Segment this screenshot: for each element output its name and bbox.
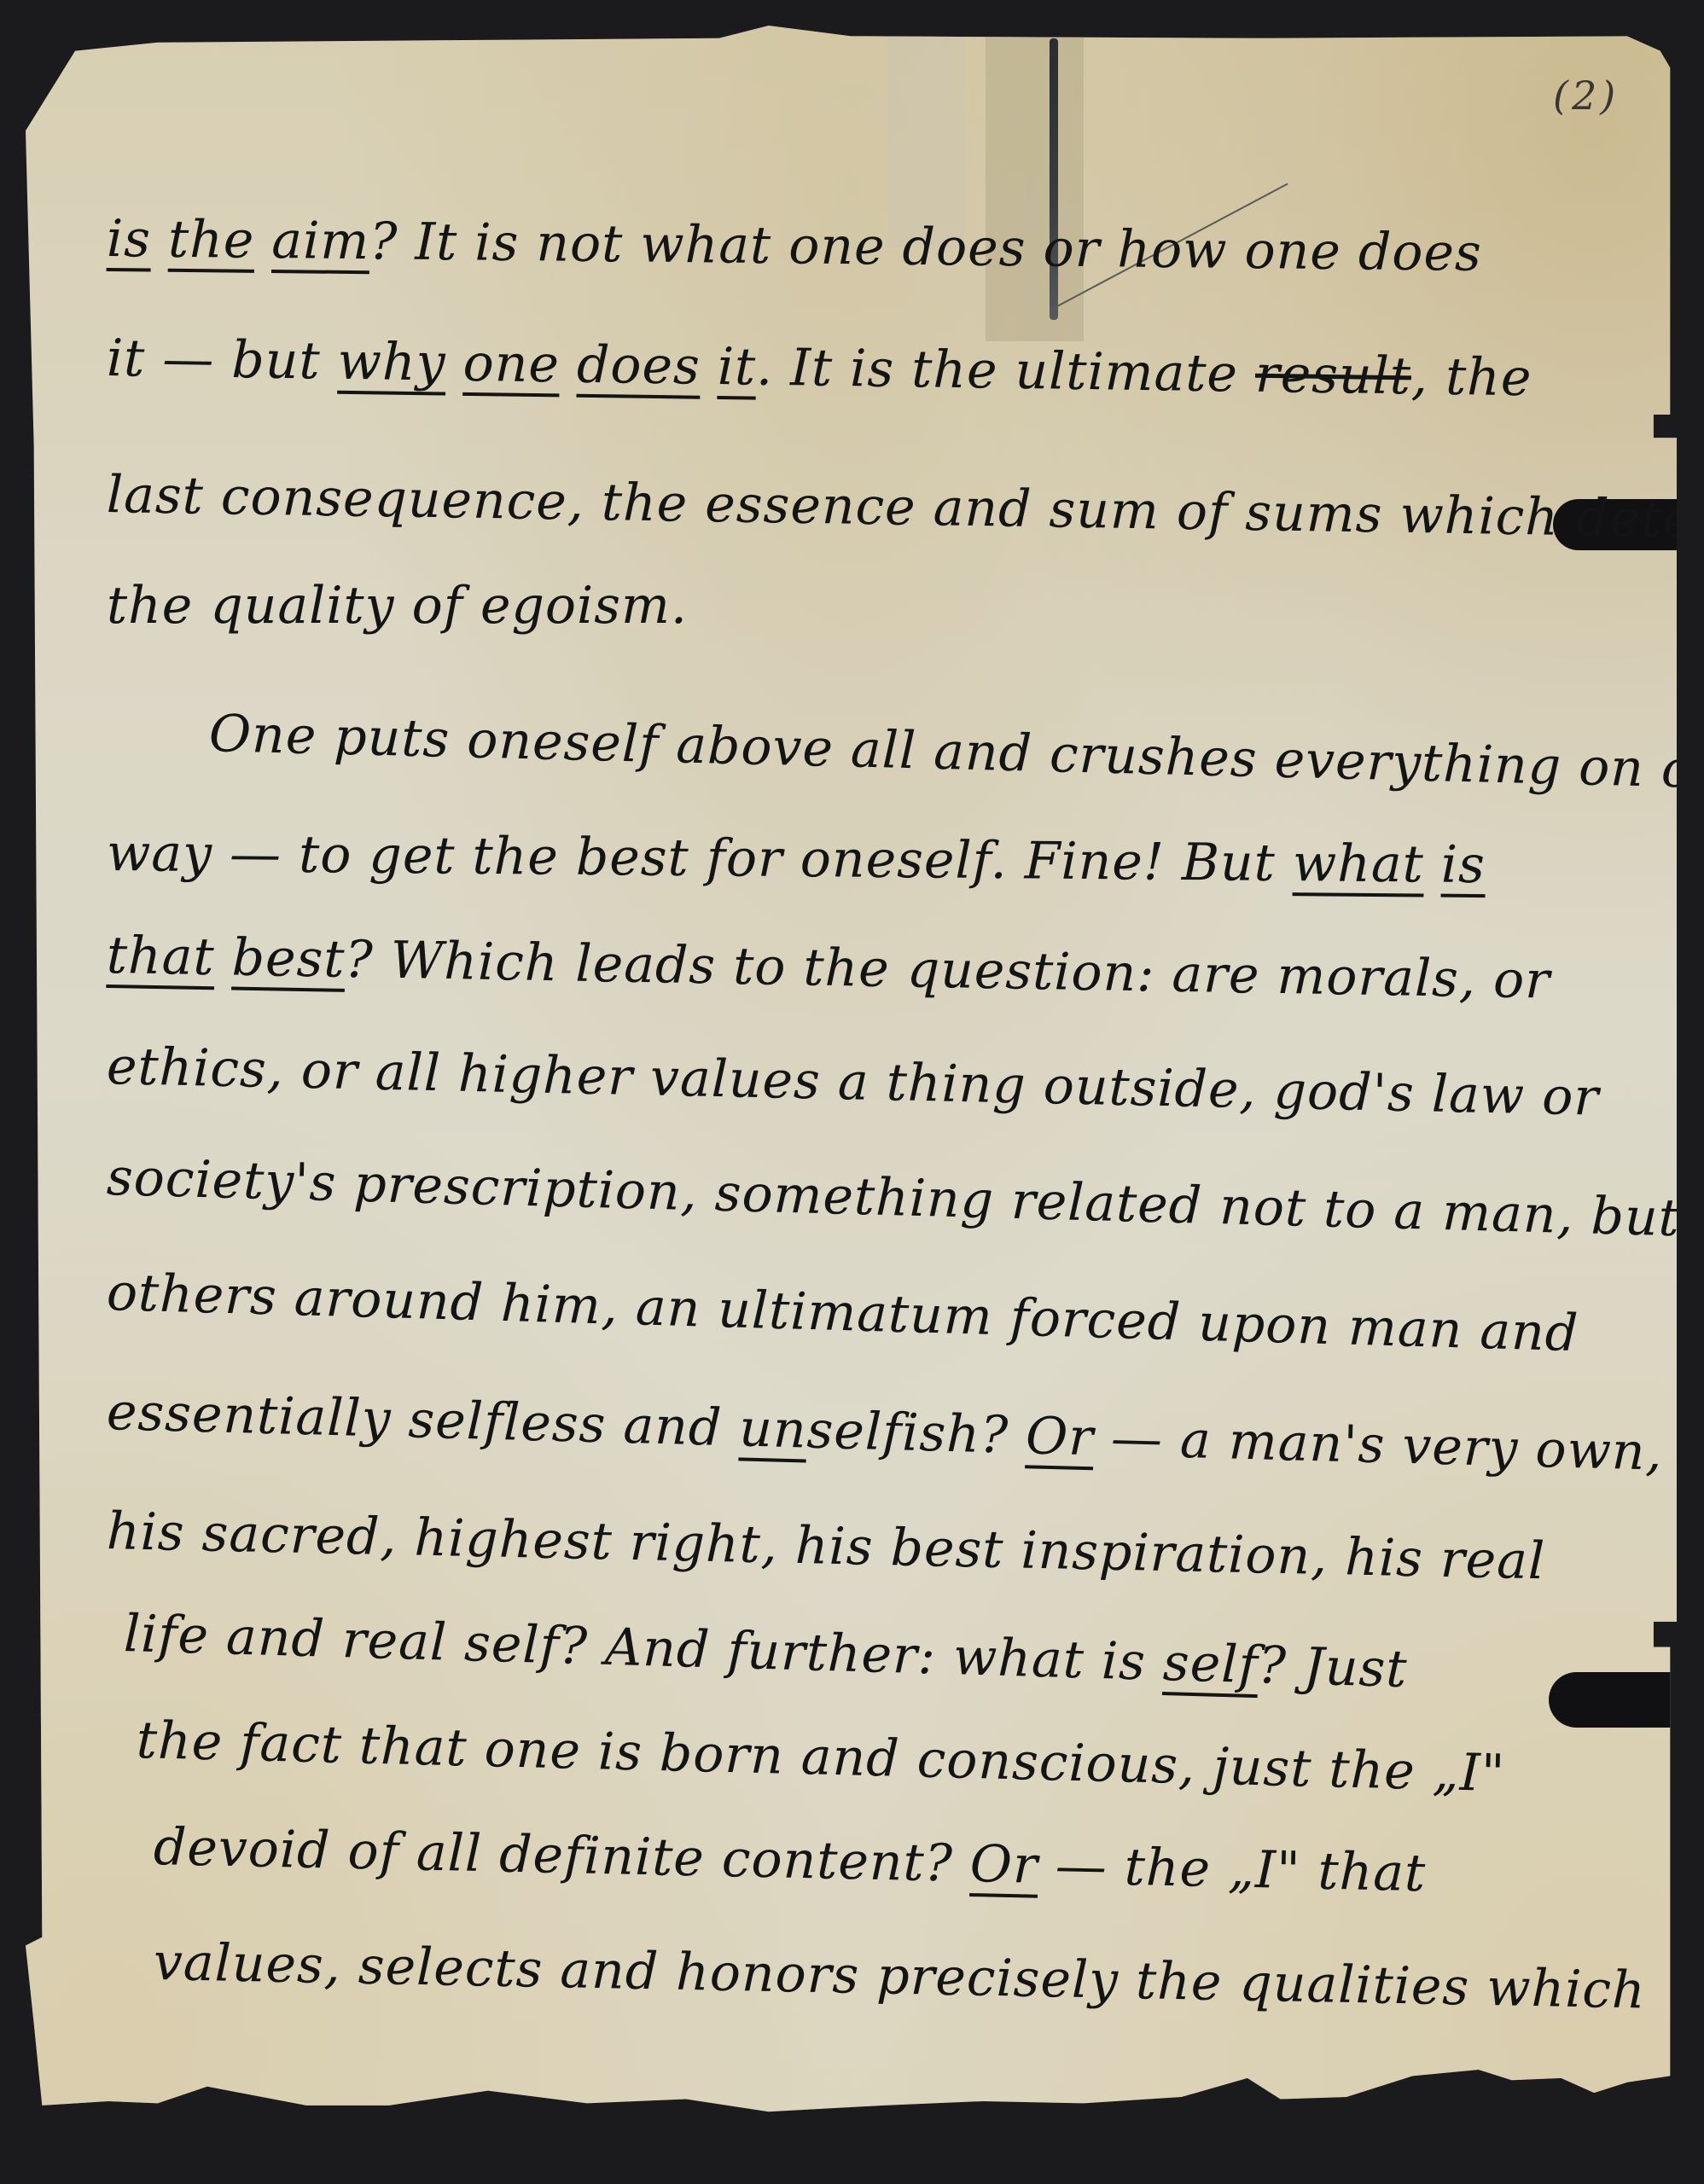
manuscript-line-2: it — but why one does it. It is the ulti… xyxy=(107,328,1532,408)
line-text: devoid of all definite content? xyxy=(153,1817,970,1894)
manuscript-line-6: way — to get the best for oneself. Fine!… xyxy=(107,823,1486,895)
manuscript-line-13: life and real self? And further: what is… xyxy=(123,1604,1408,1699)
line-text: ? Just xyxy=(1258,1635,1409,1699)
underlined-word: one xyxy=(462,334,560,395)
tape-strip-faint xyxy=(887,26,964,247)
manuscript-line-14: the fact that one is born and conscious,… xyxy=(136,1711,1506,1804)
underlined-word: Or xyxy=(1025,1406,1095,1467)
manuscript-line-11: essentially selfless and unselfish? Or —… xyxy=(106,1382,1663,1483)
line-text xyxy=(700,337,718,397)
underlined-word: Or xyxy=(969,1834,1038,1896)
struck-word: result xyxy=(1255,345,1412,407)
manuscript-line-10: others around him, an ultimatum forced u… xyxy=(106,1263,1579,1363)
underlined-word: that xyxy=(106,926,215,987)
manuscript-line-7: that best? Which leads to the question: … xyxy=(106,926,1550,1011)
manuscript-line-16: values, selects and honors precisely the… xyxy=(153,1932,1646,2021)
line-text: life and real self? And further: what is xyxy=(123,1604,1164,1693)
line-text: — the „I" that xyxy=(1038,1836,1427,1904)
binder-hole-bottom xyxy=(1549,1672,1677,1728)
tape-strip xyxy=(986,26,1084,341)
line-text: essentially selfless and xyxy=(106,1382,740,1458)
underlined-word: is xyxy=(1441,835,1486,895)
underlined-word: what xyxy=(1293,834,1424,894)
manuscript-line-12: his sacred, highest right, his best insp… xyxy=(106,1501,1546,1591)
line-text: selfish? xyxy=(806,1401,1026,1467)
line-text xyxy=(1423,834,1441,894)
line-text: ? Which leads to the question: are moral… xyxy=(345,930,1551,1011)
manuscript-line-5: One puts oneself above all and crushes e… xyxy=(208,704,1704,803)
underlined-word: self xyxy=(1162,1633,1259,1695)
manuscript-line-8: ethics, or all higher values a thing out… xyxy=(106,1037,1600,1128)
manuscript-line-9: society's prescription, something relate… xyxy=(106,1147,1704,1250)
line-text: , the xyxy=(1410,346,1532,408)
manuscript-page: (2) is the aim? It is not what one does … xyxy=(26,26,1677,2129)
line-text xyxy=(559,334,577,394)
line-text xyxy=(214,927,232,987)
page-number: (2) xyxy=(1553,73,1619,119)
line-text: . It is the ultimate xyxy=(756,338,1256,404)
manuscript-line-15: devoid of all definite content? Or — the… xyxy=(153,1817,1427,1903)
underlined-word: best xyxy=(231,928,346,990)
underlined-word: does xyxy=(576,335,701,397)
underlined-word: is xyxy=(107,209,152,270)
underlined-word: it xyxy=(717,337,756,398)
line-text: it — but xyxy=(107,328,339,392)
line-text: — a man's very own, xyxy=(1093,1408,1664,1482)
line-text xyxy=(445,334,463,393)
underlined-word: the xyxy=(168,210,255,270)
underlined-word: why xyxy=(337,332,446,393)
underlined-word: un xyxy=(738,1398,807,1460)
manuscript-line-3: last consequence, the essence and sum of… xyxy=(106,465,1704,553)
underlined-word: aim xyxy=(271,211,370,271)
line-text: way — to get the best for oneself. Fine!… xyxy=(107,823,1293,893)
manuscript-line-4: the quality of egoism. xyxy=(107,576,688,636)
manuscript-line-1: is the aim? It is not what one does or h… xyxy=(107,209,1626,285)
line-text: ? It is not what one does or how one doe… xyxy=(369,212,1482,283)
